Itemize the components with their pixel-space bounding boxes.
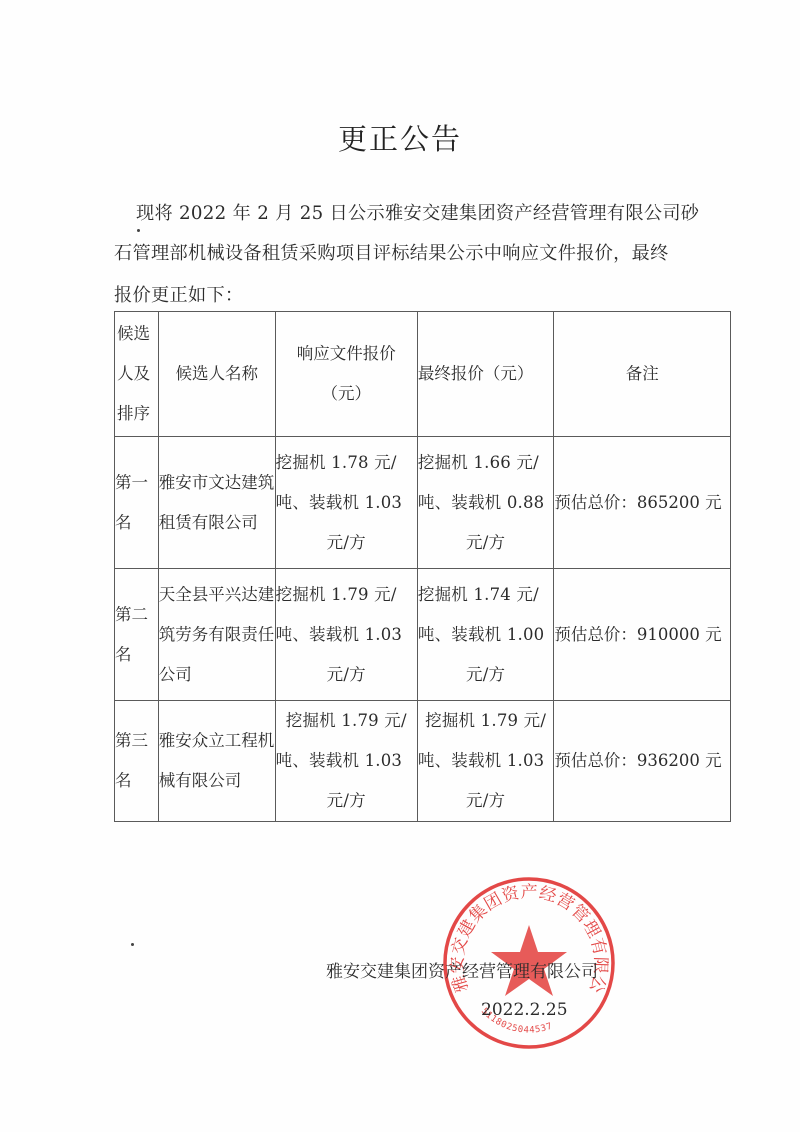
- results-table: 候选人及排序 候选人名称 响应文件报价（元） 最终报价（元） 备注 第一名 雅安…: [114, 311, 731, 822]
- response-price-line-2: 吨、装载机 1.03: [276, 483, 417, 523]
- remark-cell: 预估总价：865200 元: [554, 437, 731, 569]
- response-price-cell: 挖掘机 1.78 元/ 吨、装载机 1.03 元/方: [275, 437, 417, 569]
- signature-company: 雅安交建集团资产经营管理有限公司: [326, 957, 598, 982]
- response-price-line-1: 挖掘机 1.79 元/: [276, 701, 417, 741]
- final-price-line-1: 挖掘机 1.74 元/: [418, 575, 554, 615]
- header-response-price: 响应文件报价（元）: [275, 312, 417, 437]
- page-title: 更正公告: [0, 117, 800, 158]
- scan-dot-mark: [131, 943, 134, 946]
- final-price-line-3: 元/方: [418, 523, 554, 563]
- table-row: 第二名 天全县平兴达建筑劳务有限责任公司 挖掘机 1.79 元/ 吨、装载机 1…: [115, 569, 731, 701]
- response-price-line-1: 挖掘机 1.79 元/: [276, 575, 417, 615]
- response-price-line-2: 吨、装载机 1.03: [276, 741, 417, 781]
- signature-date: 2022.2.25: [481, 1000, 568, 1020]
- final-price-line-2: 吨、装载机 1.03: [418, 741, 554, 781]
- paragraph-line-3: 报价更正如下：: [114, 281, 243, 307]
- candidate-name-cell: 雅安众立工程机械有限公司: [158, 701, 275, 822]
- final-price-line-3: 元/方: [418, 781, 554, 821]
- candidate-name-cell: 雅安市文达建筑租赁有限公司: [158, 437, 275, 569]
- candidate-name-cell: 天全县平兴达建筑劳务有限责任公司: [158, 569, 275, 701]
- header-response-price-label: 响应文件报价（元）: [276, 334, 417, 414]
- response-price-line-3: 元/方: [276, 781, 417, 821]
- response-price-cell: 挖掘机 1.79 元/ 吨、装载机 1.03 元/方: [275, 569, 417, 701]
- response-price-line-2: 吨、装载机 1.03: [276, 615, 417, 655]
- rank-cell: 第三名: [115, 701, 159, 822]
- scan-dot-mark: [137, 229, 140, 232]
- rank-cell: 第一名: [115, 437, 159, 569]
- response-price-line-3: 元/方: [276, 655, 417, 695]
- table-row: 第一名 雅安市文达建筑租赁有限公司 挖掘机 1.78 元/ 吨、装载机 1.03…: [115, 437, 731, 569]
- final-price-line-2: 吨、装载机 0.88: [418, 483, 554, 523]
- table-header-row: 候选人及排序 候选人名称 响应文件报价（元） 最终报价（元） 备注: [115, 312, 731, 437]
- final-price-cell: 挖掘机 1.66 元/ 吨、装载机 0.88 元/方: [417, 437, 554, 569]
- header-rank: 候选人及排序: [115, 312, 159, 437]
- response-price-line-3: 元/方: [276, 523, 417, 563]
- header-remark: 备注: [554, 312, 731, 437]
- final-price-cell: 挖掘机 1.79 元/ 吨、装载机 1.03 元/方: [417, 701, 554, 822]
- final-price-line-3: 元/方: [418, 655, 554, 695]
- paragraph-line-2: 石管理部机械设备租赁采购项目评标结果公示中响应文件报价，最终: [114, 239, 669, 265]
- header-final-price: 最终报价（元）: [417, 312, 554, 437]
- document-page: 更正公告 现将 2022 年 2 月 25 日公示雅安交建集团资产经营管理有限公…: [0, 0, 800, 1132]
- response-price-cell: 挖掘机 1.79 元/ 吨、装载机 1.03 元/方: [275, 701, 417, 822]
- final-price-line-1: 挖掘机 1.79 元/: [418, 701, 554, 741]
- header-name: 候选人名称: [158, 312, 275, 437]
- final-price-line-1: 挖掘机 1.66 元/: [418, 443, 554, 483]
- paragraph-line-1: 现将 2022 年 2 月 25 日公示雅安交建集团资产经营管理有限公司砂: [136, 199, 699, 225]
- rank-cell: 第二名: [115, 569, 159, 701]
- remark-cell: 预估总价：910000 元: [554, 569, 731, 701]
- table-row: 第三名 雅安众立工程机械有限公司 挖掘机 1.79 元/ 吨、装载机 1.03 …: [115, 701, 731, 822]
- response-price-line-1: 挖掘机 1.78 元/: [276, 443, 417, 483]
- final-price-cell: 挖掘机 1.74 元/ 吨、装载机 1.00 元/方: [417, 569, 554, 701]
- final-price-line-2: 吨、装载机 1.00: [418, 615, 554, 655]
- remark-cell: 预估总价：936200 元: [554, 701, 731, 822]
